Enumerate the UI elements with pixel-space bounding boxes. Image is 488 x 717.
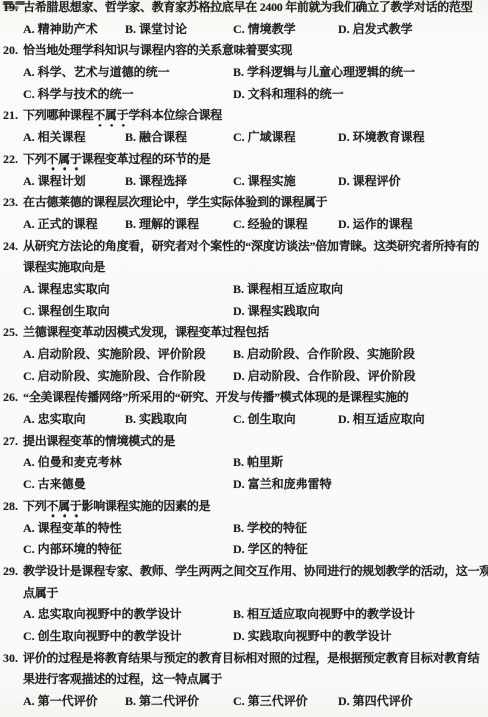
q29-option-b: B. 相互适应取向视野中的教学设计 (233, 604, 488, 626)
q24-number: 24. (3, 236, 23, 258)
q28-option-b: B. 学校的特征 (233, 518, 488, 540)
q23-option-a: A. 正式的课程 (23, 214, 125, 236)
q28-option-d: D. 学区的特征 (233, 539, 488, 561)
q25-stem-text: 兰德课程变革动因模式发现，课程变革过程包括 (23, 325, 269, 339)
q21-option-c: C. 广域课程 (233, 127, 338, 149)
q30-stem: 30.评价的过程是将教育结果与预定的教育目标相对照的过程，是根据预定教育目标对教… (0, 648, 488, 670)
q24-stem-text2: 课程实施取向是 (23, 260, 105, 274)
q28-stem-text-tail: 影响课程实施的因素的是 (82, 499, 211, 513)
q27-option-d: D. 富兰和庞弗雷特 (233, 474, 488, 496)
q30-number: 30. (3, 648, 23, 670)
q27-stem: 27.提出课程变革的情境模式的是 (0, 431, 488, 453)
q19-stem: 19.古希腊思想家、哲学家、教育家苏格拉底早在 2400 年前就为我们确立了教学… (0, 0, 488, 19)
q20-option-c: C. 科学与技术的统一 (23, 84, 233, 106)
q21-stem-text: 下列哪种课程 (23, 108, 93, 122)
q22-option-c: C. 课程实施 (233, 171, 338, 193)
q30-option-a: A. 第一代评价 (23, 691, 125, 713)
q27-stem-text: 提出课程变革的情境模式的是 (23, 434, 175, 448)
q24-option-d: D. 课程实践取向 (233, 301, 488, 323)
q29-stem-text: 教学设计是课程专家、教师、学生两两之间交互作用、协同进行的规划教学的活动，这一观 (23, 564, 488, 578)
q28-stem: 28.下列不属于影响课程实施的因素的是 (0, 496, 488, 518)
q22-number: 22. (3, 149, 23, 171)
q21-option-a: A. 相关课程 (23, 127, 125, 149)
q25-stem: 25.兰德课程变革动因模式发现，课程变革过程包括 (0, 322, 488, 344)
q30-option-b: B. 第二代评价 (125, 691, 233, 713)
q27-number: 27. (3, 431, 23, 453)
q22-stem-emphasis: 不属于 (46, 149, 81, 171)
q21-option-b: B. 融合课程 (125, 127, 233, 149)
q26-stem: 26.“全美课程传播网络”所采用的“研究、开发与传播”模式体现的是课程实施的 (0, 387, 488, 409)
q25-option-c: C. 启动阶段、实施阶段、合作阶段 (23, 366, 233, 388)
q27-option-c: C. 古来德曼 (23, 474, 233, 496)
q29-option-d: D. 实践取向视野中的教学设计 (233, 626, 488, 648)
exam-page: 19.古希腊思想家、哲学家、教育家苏格拉底早在 2400 年前就为我们确立了教学… (0, 0, 488, 713)
q23-option-c: C. 经验的课程 (233, 214, 338, 236)
q29-stem-text2: 点属于 (23, 586, 58, 600)
q24-options-row1: A. 课程忠实取向 B. 课程相互适应取向 (0, 279, 488, 301)
q20-number: 20. (3, 40, 23, 62)
q22-stem: 22.下列不属于课程变革过程的环节的是 (0, 149, 488, 171)
q21-stem: 21.下列哪种课程不属于学科本位综合课程 (0, 105, 488, 127)
q28-options-row2: C. 内部环境的特征 D. 学区的特征 (0, 539, 488, 561)
q26-number: 26. (3, 387, 23, 409)
q22-stem-text-tail: 课程变革过程的环节的是 (82, 152, 211, 166)
q20-options-row1: A. 科学、艺术与道德的统一 B. 学科逻辑与儿童心理逻辑的统一 (0, 62, 488, 84)
q21-options: A. 相关课程 B. 融合课程 C. 广域课程 D. 环境教育课程 (0, 127, 488, 149)
q22-option-a: A. 课程计划 (23, 171, 125, 193)
q28-stem-text: 下列 (23, 499, 46, 513)
q28-stem-emphasis: 不属于 (46, 496, 81, 518)
q21-number: 21. (3, 105, 23, 127)
q24-stem-line2: 课程实施取向是 (0, 257, 488, 279)
q28-options-row1: A. 课程变革的特性 B. 学校的特征 (0, 518, 488, 540)
q23-stem: 23.在古德莱德的课程层次理论中，学生实际体验到的课程属于 (0, 192, 488, 214)
q25-number: 25. (3, 322, 23, 344)
q25-options-row1: A. 启动阶段、实施阶段、评价阶段 B. 启动阶段、合作阶段、实施阶段 (0, 344, 488, 366)
q24-options-row2: C. 课程创生取向 D. 课程实践取向 (0, 301, 488, 323)
q24-stem-text: 从研究方法论的角度看，研究者对个案性的“深度访谈法”倍加青睐。这类研究者所持有的 (23, 239, 479, 253)
q22-option-b: B. 课程选择 (125, 171, 233, 193)
q29-number: 29. (3, 561, 23, 583)
q20-option-b: B. 学科逻辑与儿童心理逻辑的统一 (233, 62, 488, 84)
q25-options-row2: C. 启动阶段、实施阶段、合作阶段 D. 启动阶段、合作阶段、评价阶段 (0, 366, 488, 388)
q29-option-c: C. 创生取向视野中的教学设计 (23, 626, 233, 648)
q29-stem: 29.教学设计是课程专家、教师、学生两两之间交互作用、协同进行的规划教学的活动，… (0, 561, 488, 583)
q20-option-a: A. 科学、艺术与道德的统一 (23, 62, 233, 84)
q26-options: A. 忠实取向 B. 实践取向 C. 创生取向 D. 相互适应取向 (0, 409, 488, 431)
q19-stem-text: 古希腊思想家、哲学家、教育家苏格拉底早在 2400 年前就为我们确立了教学对话的… (23, 0, 472, 14)
q20-stem-text: 恰当地处理学科知识与课程内容的关系意味着要实现 (23, 43, 292, 57)
q24-option-a: A. 课程忠实取向 (23, 279, 233, 301)
q26-option-b: B. 实践取向 (125, 409, 233, 431)
q21-stem-text-tail: 学科本位综合课程 (128, 108, 222, 122)
q25-option-d: D. 启动阶段、合作阶段、评价阶段 (233, 366, 488, 388)
q26-option-a: A. 忠实取向 (23, 409, 125, 431)
q25-option-b: B. 启动阶段、合作阶段、实施阶段 (233, 344, 488, 366)
q28-option-c: C. 内部环境的特征 (23, 539, 233, 561)
q28-option-a: A. 课程变革的特性 (23, 518, 233, 540)
q23-option-d: D. 运作的课程 (338, 214, 488, 236)
q22-option-d: D. 课程评价 (338, 171, 488, 193)
q30-stem-text2: 果进行客观描述的过程，这一特点属于 (23, 672, 222, 686)
q30-stem-text: 评价的过程是将教育结果与预定的教育目标相对照的过程，是根据预定教育目标对教育结 (23, 651, 479, 665)
q24-stem: 24.从研究方法论的角度看，研究者对个案性的“深度访谈法”倍加青睐。这类研究者所… (0, 236, 488, 258)
q21-stem-emphasis: 不属于 (93, 105, 128, 127)
q23-stem-text: 在古德莱德的课程层次理论中，学生实际体验到的课程属于 (23, 195, 327, 209)
q30-options: A. 第一代评价 B. 第二代评价 C. 第三代评价 D. 第四代评价 (0, 691, 488, 713)
q22-stem-text: 下列 (23, 152, 46, 166)
q21-option-d: D. 环境教育课程 (338, 127, 488, 149)
q19-option-b: B. 课堂讨论 (125, 19, 233, 41)
q19-number: 19. (3, 0, 23, 19)
q20-options-row2: C. 科学与技术的统一 D. 文科和理科的统一 (0, 84, 488, 106)
q29-options-row2: C. 创生取向视野中的教学设计 D. 实践取向视野中的教学设计 (0, 626, 488, 648)
q19-option-d: D. 启发式教学 (338, 19, 488, 41)
q30-stem-line2: 果进行客观描述的过程，这一特点属于 (0, 669, 488, 691)
q29-option-a: A. 忠实取向视野中的教学设计 (23, 604, 233, 626)
q20-stem: 20.恰当地处理学科知识与课程内容的关系意味着要实现 (0, 40, 488, 62)
q29-options-row1: A. 忠实取向视野中的教学设计 B. 相互适应取向视野中的教学设计 (0, 604, 488, 626)
q20-option-d: D. 文科和理科的统一 (233, 84, 488, 106)
q30-option-c: C. 第三代评价 (233, 691, 338, 713)
q23-options: A. 正式的课程 B. 理解的课程 C. 经验的课程 D. 运作的课程 (0, 214, 488, 236)
q29-stem-line2: 点属于 (0, 583, 488, 605)
q27-options-row1: A. 伯曼和麦克考林 B. 帕里斯 (0, 452, 488, 474)
q28-number: 28. (3, 496, 23, 518)
q27-option-b: B. 帕里斯 (233, 452, 488, 474)
q26-option-c: C. 创生取向 (233, 409, 338, 431)
q26-option-d: D. 相互适应取向 (338, 409, 488, 431)
q19-option-a: A. 精神助产术 (23, 19, 125, 41)
q30-option-d: D. 第四代评价 (338, 691, 488, 713)
q23-number: 23. (3, 192, 23, 214)
q19-option-c: C. 情境教学 (233, 19, 338, 41)
q22-options: A. 课程计划 B. 课程选择 C. 课程实施 D. 课程评价 (0, 171, 488, 193)
q23-option-b: B. 理解的课程 (125, 214, 233, 236)
q27-option-a: A. 伯曼和麦克考林 (23, 452, 233, 474)
q25-option-a: A. 启动阶段、实施阶段、评价阶段 (23, 344, 233, 366)
q19-options: A. 精神助产术 B. 课堂讨论 C. 情境教学 D. 启发式教学 (0, 19, 488, 41)
q26-stem-text: “全美课程传播网络”所采用的“研究、开发与传播”模式体现的是课程实施的 (23, 390, 409, 404)
q27-options-row2: C. 古来德曼 D. 富兰和庞弗雷特 (0, 474, 488, 496)
q24-option-c: C. 课程创生取向 (23, 301, 233, 323)
q24-option-b: B. 课程相互适应取向 (233, 279, 488, 301)
